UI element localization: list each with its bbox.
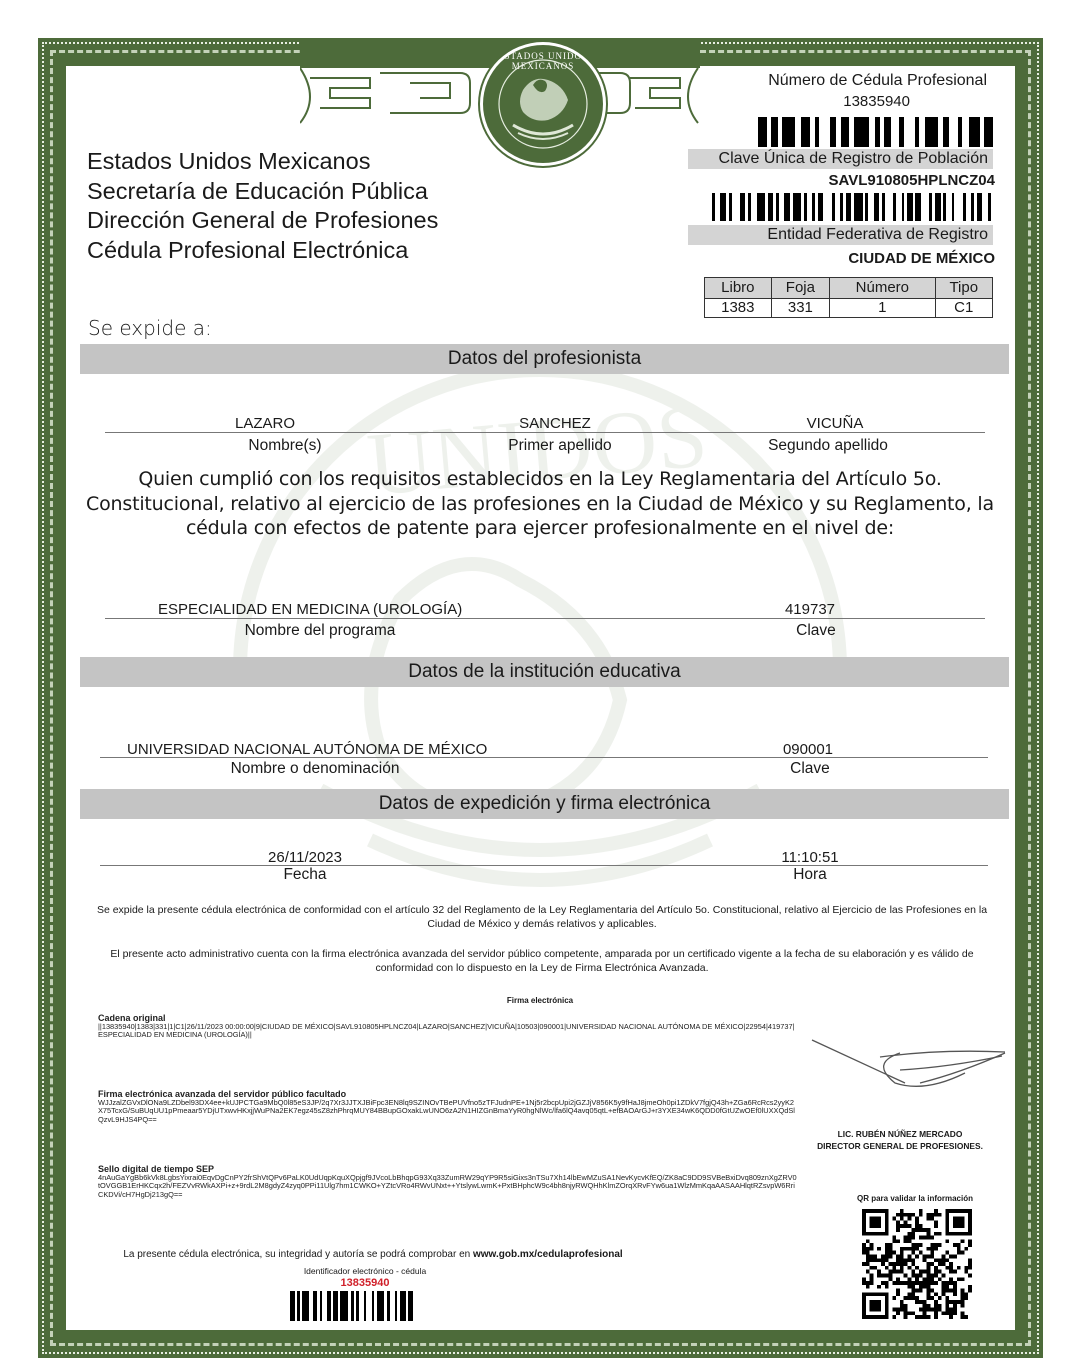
cedula-number-label: Número de Cédula Profesional (690, 72, 987, 90)
divider (100, 757, 988, 758)
header-line-direccion: Dirección General de Profesiones (87, 206, 438, 236)
entidad-value: CIUDAD DE MÉXICO (688, 250, 995, 267)
segundo-apellido-label: Segundo apellido (713, 437, 943, 455)
cadena-original: Cadena original ||13835940|1383|331|1|C1… (98, 1013, 798, 1040)
signature-graphic (810, 1035, 1010, 1095)
fecha-value: 26/11/2023 (255, 849, 355, 866)
cadena-text: ||13835940|1383|331|1|C1|26/11/2023 00:0… (98, 1022, 795, 1039)
registro-libro: 1383 (705, 299, 772, 318)
institucion-clave-label: Clave (760, 760, 860, 778)
identificador-barcode (290, 1291, 413, 1321)
divider (105, 432, 985, 433)
segundo-apellido-value: VICUÑA (720, 415, 950, 432)
firma-electronica-title: Firma electrónica (440, 996, 640, 1005)
registro-header-libro: Libro (705, 278, 772, 299)
registro-tipo: C1 (935, 299, 992, 318)
programa-clave-label: Clave (766, 622, 866, 640)
nombre-label: Nombre(s) (170, 437, 400, 455)
legal-paragraph-1: Se expide la presente cédula electrónica… (92, 903, 992, 931)
primer-apellido-value: SANCHEZ (440, 415, 670, 432)
hora-label: Hora (760, 866, 860, 884)
sello-text: 4nAuGaYgBb6kVk8LgbsYixrai0EqvDgCnPY2frSh… (98, 1173, 797, 1199)
verify-text-body: La presente cédula electrónica, su integ… (123, 1249, 473, 1260)
section-expedicion: Datos de expedición y firma electrónica (80, 789, 1009, 819)
identificador-label: Identificador electrónico - cédula (250, 1266, 480, 1276)
registro-header-tipo: Tipo (935, 278, 992, 299)
registro-numero: 1 (830, 299, 935, 318)
identificador-value: 13835940 (250, 1277, 480, 1289)
statement-text: Quien cumplió con los requisitos estable… (78, 467, 1002, 541)
signatory-title: DIRECTOR GENERAL DE PROFESIONES. (800, 1140, 1000, 1152)
signatory-name: LIC. RUBÉN NÚÑEZ MERCADO (800, 1128, 1000, 1140)
firma-avanzada-text: WJJzalZGVxDlONa9LZDbel93DX4ee+kUJPCTGa9M… (98, 1098, 795, 1124)
cedula-barcode (758, 117, 993, 147)
institucion-value: UNIVERSIDAD NACIONAL AUTÓNOMA DE MÉXICO (127, 741, 547, 758)
qr-label: QR para validar la información (840, 1194, 990, 1203)
institucion-label: Nombre o denominación (195, 760, 435, 778)
programa-value: ESPECIALIDAD EN MEDICINA (UROLOGÍA) (150, 601, 498, 618)
se-expide-label: Se expide a: (88, 316, 212, 340)
section-institucion: Datos de la institución educativa (80, 657, 1009, 687)
registro-header-foja: Foja (771, 278, 830, 299)
institucion-clave-value: 090001 (758, 741, 858, 758)
hora-value: 11:10:51 (760, 849, 860, 866)
cedula-number: 13835940 (690, 93, 910, 110)
fecha-label: Fecha (255, 866, 355, 884)
programa-clave-value: 419737 (760, 601, 860, 618)
national-seal: ESTADOS UNIDOS MEXICANOS (480, 42, 606, 166)
legal-paragraph-2: El presente acto administrativo cuenta c… (92, 947, 992, 975)
section-profesionista: Datos del profesionista (80, 344, 1009, 374)
divider (105, 618, 985, 619)
verify-text: La presente cédula electrónica, su integ… (88, 1249, 658, 1260)
curp-value: SAVL910805HPLNCZ04 (688, 172, 995, 189)
verify-url-link[interactable]: www.gob.mx/cedulaprofesional (473, 1249, 623, 1260)
header-line-document: Cédula Profesional Electrónica (87, 236, 438, 266)
signatory: LIC. RUBÉN NÚÑEZ MERCADO DIRECTOR GENERA… (800, 1128, 1000, 1152)
qr-code[interactable] (862, 1209, 972, 1319)
sello-digital: Sello digital de tiempo SEP 4nAuGaYgBb6k… (98, 1164, 798, 1199)
registro-header-numero: Número (830, 278, 935, 299)
registro-foja: 331 (771, 299, 830, 318)
nombre-value: LAZARO (150, 415, 380, 432)
registro-table: Libro Foja Número Tipo 1383 331 1 C1 (704, 277, 993, 318)
primer-apellido-label: Primer apellido (445, 437, 675, 455)
curp-label: Clave Única de Registro de Población (688, 149, 993, 169)
programa-label: Nombre del programa (200, 622, 440, 640)
eagle-icon (483, 45, 603, 163)
issuer-header: Estados Unidos Mexicanos Secretaría de E… (87, 147, 438, 265)
entidad-label: Entidad Federativa de Registro (688, 225, 993, 245)
header-line-secretaria: Secretaría de Educación Pública (87, 177, 438, 207)
curp-barcode (712, 193, 994, 221)
header-line-country: Estados Unidos Mexicanos (87, 147, 438, 177)
firma-avanzada: Firma electrónica avanzada del servidor … (98, 1089, 798, 1124)
